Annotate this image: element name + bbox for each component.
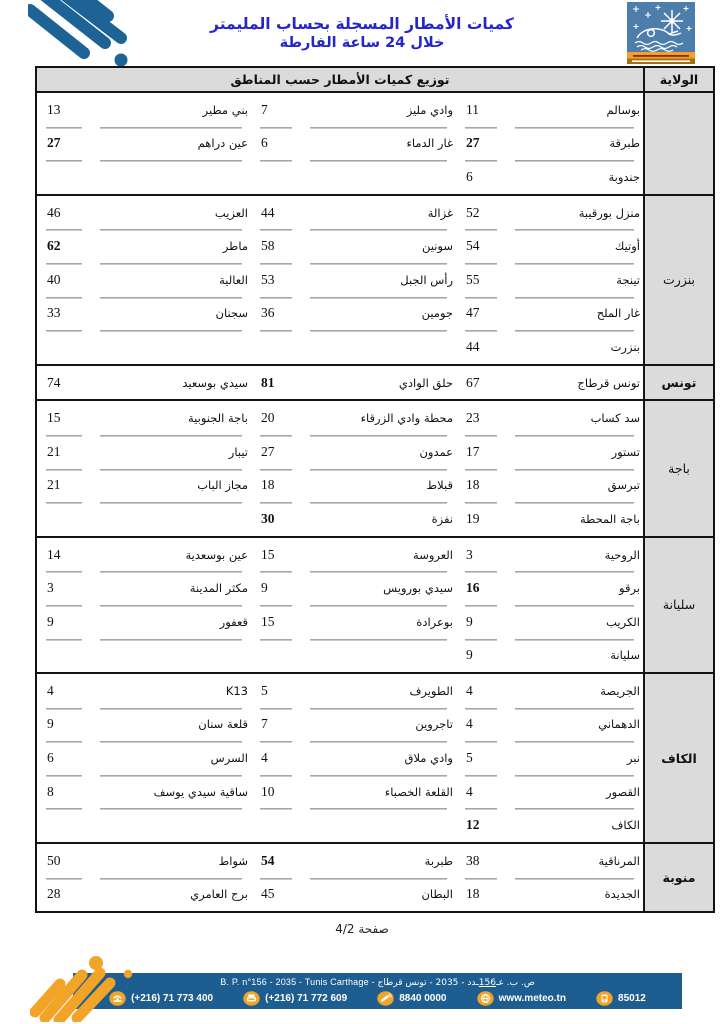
value-cell: 3: [36, 571, 91, 605]
station-cell: سيدي بورويس: [301, 571, 456, 605]
value-cell: [36, 639, 91, 674]
table-row: جندوبة6: [36, 160, 714, 195]
station-cell: [91, 330, 251, 365]
station-cell: [301, 160, 456, 195]
station-cell: البطان: [301, 878, 456, 913]
station-cell: جندوبة: [506, 160, 644, 195]
value-cell: 6: [456, 160, 506, 195]
address-arabic: ص. ب. عـ156ـدد - 2035 - تونس قرطاج: [378, 978, 535, 988]
contact-text: 85012: [618, 993, 646, 1004]
table-row: الدهماني4تاجروين7قلعة سنان9: [36, 708, 714, 742]
station-cell: باجة الجنوبية: [91, 400, 251, 435]
contact-text: 8840 0000: [399, 993, 446, 1004]
value-cell: 5: [251, 673, 301, 708]
station-cell: جومين: [301, 297, 456, 331]
title-line-2: خلال 24 ساعة الفارطة: [0, 34, 724, 53]
station-cell: [91, 808, 251, 843]
station-cell: K13: [91, 673, 251, 708]
value-cell: 18: [251, 469, 301, 503]
table-row: منوبةالمرناقية38طبربة54شواط50: [36, 843, 714, 878]
station-cell: بوعرادة: [301, 605, 456, 639]
station-cell: غار الملح: [506, 297, 644, 331]
table-row: بنزرت44: [36, 330, 714, 365]
station-cell: وادي ملاق: [301, 741, 456, 775]
value-cell: 52: [456, 195, 506, 230]
value-cell: 10: [251, 775, 301, 809]
station-cell: تاجروين: [301, 708, 456, 742]
value-cell: 38: [456, 843, 506, 878]
station-cell: قبلاط: [301, 469, 456, 503]
value-cell: 9: [456, 605, 506, 639]
value-cell: 27: [456, 127, 506, 161]
station-cell: السرس: [91, 741, 251, 775]
station-cell: الجريصة: [506, 673, 644, 708]
station-cell: مكثر المدينة: [91, 571, 251, 605]
value-cell: 4: [251, 741, 301, 775]
value-cell: 9: [251, 571, 301, 605]
value-cell: 67: [456, 365, 506, 401]
value-cell: 16: [456, 571, 506, 605]
station-cell: حلق الوادي: [301, 365, 456, 401]
station-cell: سيدي بوسعيد: [91, 365, 251, 401]
station-cell: تبرسق: [506, 469, 644, 503]
value-cell: 30: [251, 502, 301, 537]
wilaya-cell: تونس: [644, 365, 714, 401]
station-cell: الجديدة: [506, 878, 644, 913]
value-cell: 4: [456, 673, 506, 708]
station-cell: طبرقة: [506, 127, 644, 161]
wilaya-cell: بنزرت: [644, 195, 714, 365]
table-row: الكاف12: [36, 808, 714, 843]
station-cell: العزيب: [91, 195, 251, 230]
contact-item: (+216) 71 772 609: [243, 991, 347, 1006]
document-title: كميات الأمطار المسجلة بحساب المليمتر خلا…: [0, 14, 724, 53]
table-row: برقو16سيدي بورويس9مكثر المدينة3: [36, 571, 714, 605]
station-cell: منزل بورقيبة: [506, 195, 644, 230]
value-cell: [251, 160, 301, 195]
value-cell: 17: [456, 435, 506, 469]
station-cell: [91, 160, 251, 195]
value-cell: 13: [36, 92, 91, 127]
station-cell: الكاف: [506, 808, 644, 843]
value-cell: 9: [36, 708, 91, 742]
station-cell: بني مطير: [91, 92, 251, 127]
value-cell: 4: [36, 673, 91, 708]
table-row: أوتيك54سونين58ماطر62: [36, 229, 714, 263]
station-cell: سجنان: [91, 297, 251, 331]
table-row: طبرقة27غار الدماء6عين دراهم27: [36, 127, 714, 161]
value-cell: 81: [251, 365, 301, 401]
station-cell: [301, 639, 456, 674]
value-cell: 36: [251, 297, 301, 331]
page-number-label: صفحة 4/2: [335, 922, 389, 936]
table-row: الكافالجريصة4الطويرف5K134: [36, 673, 714, 708]
table-row: تستور17عمدون27تيبار21: [36, 435, 714, 469]
station-cell: سليانة: [506, 639, 644, 674]
rainfall-table: الولاية توزيع كميات الأمطار حسب المناطق …: [35, 66, 715, 913]
value-cell: [36, 502, 91, 537]
wilaya-header: الولاية: [644, 67, 714, 92]
station-cell: شواط: [91, 843, 251, 878]
value-cell: 18: [456, 878, 506, 913]
station-cell: تستور: [506, 435, 644, 469]
station-cell: محطة وادي الزرقاء: [301, 400, 456, 435]
station-cell: المرناقية: [506, 843, 644, 878]
station-cell: سونين: [301, 229, 456, 263]
globe-icon: [477, 991, 494, 1006]
station-cell: [301, 330, 456, 365]
table-row: باجةسد كساب23محطة وادي الزرقاء20باجة الج…: [36, 400, 714, 435]
contact-item: 85012: [596, 991, 646, 1006]
wilaya-cell: الكاف: [644, 673, 714, 843]
station-cell: تينجة: [506, 263, 644, 297]
value-cell: 74: [36, 365, 91, 401]
value-cell: 40: [36, 263, 91, 297]
value-cell: 4: [456, 775, 506, 809]
value-cell: 9: [36, 605, 91, 639]
value-cell: 54: [456, 229, 506, 263]
value-cell: [251, 330, 301, 365]
wilaya-cell: سليانة: [644, 537, 714, 673]
value-cell: 5: [456, 741, 506, 775]
address-line: B. P. n°156 - 2035 - Tunis Carthage - ص.…: [73, 976, 682, 989]
value-cell: 62: [36, 229, 91, 263]
table-row: بنزرتمنزل بورقيبة52غزالة44العزيب46: [36, 195, 714, 230]
station-cell: رأس الجبل: [301, 263, 456, 297]
value-cell: 54: [251, 843, 301, 878]
value-cell: 20: [251, 400, 301, 435]
value-cell: 47: [456, 297, 506, 331]
station-cell: الكريب: [506, 605, 644, 639]
value-cell: 18: [456, 469, 506, 503]
value-cell: 45: [251, 878, 301, 913]
station-cell: القصور: [506, 775, 644, 809]
station-cell: ماطر: [91, 229, 251, 263]
station-cell: الروحية: [506, 537, 644, 572]
value-cell: 11: [456, 92, 506, 127]
value-cell: 46: [36, 195, 91, 230]
inm-logo: [627, 2, 695, 64]
station-cell: عين بوسعدية: [91, 537, 251, 572]
handset-icon: [377, 991, 394, 1006]
address-latin: B. P. n°156 - 2035 - Tunis Carthage -: [220, 977, 374, 987]
station-cell: غزالة: [301, 195, 456, 230]
station-cell: بوسالم: [506, 92, 644, 127]
value-cell: [36, 808, 91, 843]
value-cell: 44: [456, 330, 506, 365]
value-cell: 3: [456, 537, 506, 572]
rain-table-body: بوسالم11وادي مليز7بني مطير13طبرقة27غار ا…: [36, 92, 714, 912]
station-cell: العروسة: [301, 537, 456, 572]
value-cell: 44: [251, 195, 301, 230]
value-cell: 27: [251, 435, 301, 469]
station-cell: [91, 502, 251, 537]
wilaya-cell: منوبة: [644, 843, 714, 912]
value-cell: 58: [251, 229, 301, 263]
value-cell: 9: [456, 639, 506, 674]
station-cell: غار الدماء: [301, 127, 456, 161]
value-cell: [251, 808, 301, 843]
contact-items: (+216) 71 773 400(+216) 71 772 6098840 0…: [73, 991, 682, 1006]
value-cell: 12: [456, 808, 506, 843]
station-cell: سد كساب: [506, 400, 644, 435]
station-cell: أوتيك: [506, 229, 644, 263]
value-cell: 15: [36, 400, 91, 435]
station-cell: باجة المحطة: [506, 502, 644, 537]
station-cell: الطويرف: [301, 673, 456, 708]
contact-item: www.meteo.tn: [477, 991, 566, 1006]
table-row: الكريب9بوعرادة15قعفور9: [36, 605, 714, 639]
value-cell: 15: [251, 537, 301, 572]
contact-text: www.meteo.tn: [499, 993, 566, 1004]
value-cell: 33: [36, 297, 91, 331]
contact-item: 8840 0000: [377, 991, 446, 1006]
value-cell: [36, 160, 91, 195]
table-row: نبر5وادي ملاق4السرس6: [36, 741, 714, 775]
decoration-dot-small: [124, 970, 132, 978]
table-header: توزيع كميات الأمطار حسب المناطق: [36, 67, 644, 92]
table-row: غار الملح47جومين36سجنان33: [36, 297, 714, 331]
station-cell: القلعة الخصباء: [301, 775, 456, 809]
table-row: تبرسق18قبلاط18مجاز الباب21: [36, 469, 714, 503]
value-cell: [251, 639, 301, 674]
station-cell: تيبار: [91, 435, 251, 469]
station-cell: الدهماني: [506, 708, 644, 742]
station-cell: قعفور: [91, 605, 251, 639]
station-cell: [91, 639, 251, 674]
station-cell: نبر: [506, 741, 644, 775]
title-line-1: كميات الأمطار المسجلة بحساب المليمتر: [0, 14, 724, 34]
table-row: سليانة9: [36, 639, 714, 674]
table-row: تونستونس قرطاج67حلق الوادي81سيدي بوسعيد7…: [36, 365, 714, 401]
decoration-dot: [89, 956, 103, 970]
station-cell: ساقية سيدي يوسف: [91, 775, 251, 809]
value-cell: 6: [36, 741, 91, 775]
value-cell: 14: [36, 537, 91, 572]
table-row: بوسالم11وادي مليز7بني مطير13: [36, 92, 714, 127]
value-cell: 23: [456, 400, 506, 435]
station-cell: نفزة: [301, 502, 456, 537]
value-cell: 53: [251, 263, 301, 297]
station-cell: وادي مليز: [301, 92, 456, 127]
station-cell: العالية: [91, 263, 251, 297]
value-cell: 55: [456, 263, 506, 297]
station-cell: برج العامري: [91, 878, 251, 913]
station-cell: قلعة سنان: [91, 708, 251, 742]
station-cell: طبربة: [301, 843, 456, 878]
value-cell: 4: [456, 708, 506, 742]
footer-stripes-decoration: [30, 950, 145, 1022]
station-cell: [301, 808, 456, 843]
sms-icon: [596, 991, 613, 1006]
value-cell: 21: [36, 469, 91, 503]
fax-icon: [243, 991, 260, 1006]
value-cell: 15: [251, 605, 301, 639]
value-cell: 6: [251, 127, 301, 161]
station-cell: بنزرت: [506, 330, 644, 365]
value-cell: 7: [251, 92, 301, 127]
station-cell: عين دراهم: [91, 127, 251, 161]
station-cell: عمدون: [301, 435, 456, 469]
document-page: كميات الأمطار المسجلة بحساب المليمتر خلا…: [0, 0, 724, 1024]
value-cell: 50: [36, 843, 91, 878]
value-cell: 21: [36, 435, 91, 469]
wilaya-cell: [644, 92, 714, 195]
table-row: باجة المحطة19نفزة30: [36, 502, 714, 537]
page-number: صفحة 4/2: [0, 922, 724, 936]
station-cell: مجاز الباب: [91, 469, 251, 503]
stripes-dot: [115, 54, 128, 67]
table-row: القصور4القلعة الخصباء10ساقية سيدي يوسف8: [36, 775, 714, 809]
value-cell: 19: [456, 502, 506, 537]
wilaya-cell: باجة: [644, 400, 714, 536]
value-cell: [36, 330, 91, 365]
value-cell: 28: [36, 878, 91, 913]
contact-bar: B. P. n°156 - 2035 - Tunis Carthage - ص.…: [73, 973, 682, 1009]
contact-text: (+216) 71 772 609: [265, 993, 347, 1004]
value-cell: 27: [36, 127, 91, 161]
station-cell: تونس قرطاج: [506, 365, 644, 401]
table-row: الجديدة18البطان45برج العامري28: [36, 878, 714, 913]
table-row: تينجة55رأس الجبل53العالية40: [36, 263, 714, 297]
value-cell: 8: [36, 775, 91, 809]
value-cell: 7: [251, 708, 301, 742]
table-row: سليانةالروحية3العروسة15عين بوسعدية14: [36, 537, 714, 572]
station-cell: برقو: [506, 571, 644, 605]
